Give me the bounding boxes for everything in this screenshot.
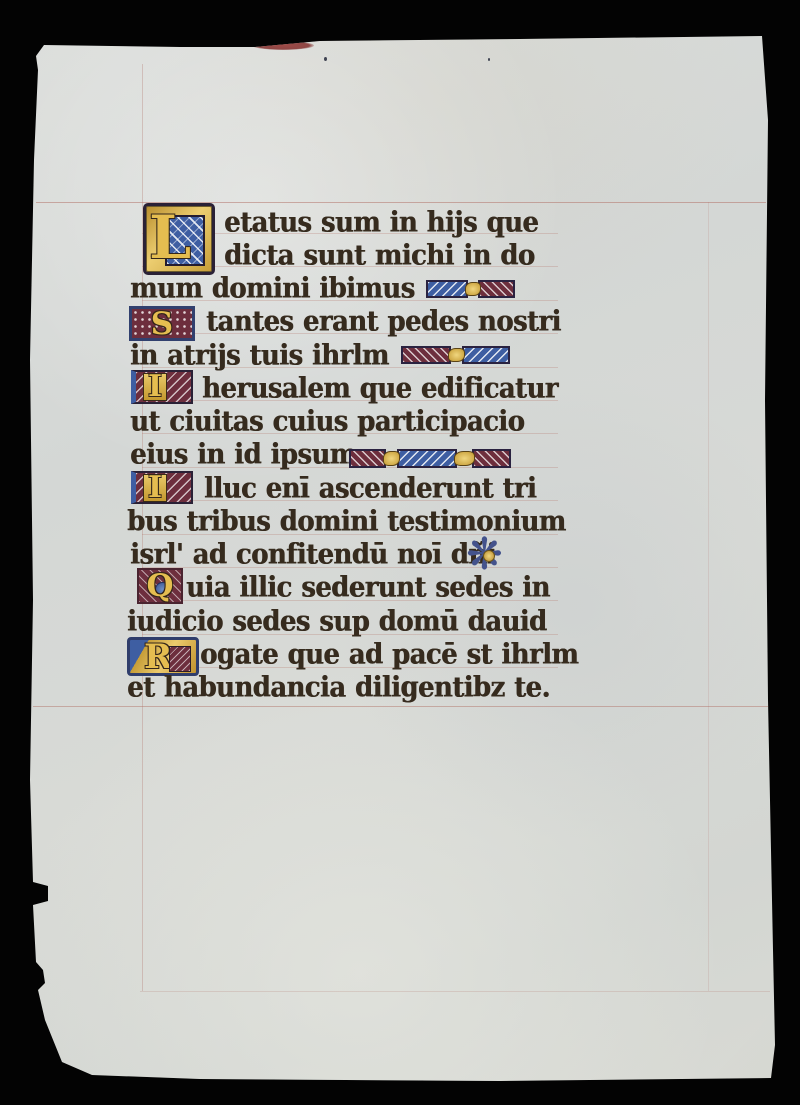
text-line: herusalem que edificatur: [202, 372, 558, 407]
text-line: tantes erant pedes nostri: [206, 305, 561, 340]
text-line: mum domini ibimus: [130, 272, 415, 307]
illuminated-initial-I: I: [131, 370, 193, 404]
text-line: etatus sum in hijs que: [224, 206, 538, 241]
initial-letter: Q: [146, 571, 173, 601]
illuminated-initial-I: I: [131, 471, 193, 504]
filler-segment-blue: [397, 449, 457, 468]
ruling-line: [708, 202, 709, 991]
text-line: eius in id ipsum: [130, 438, 356, 473]
text-line: ut ciuitas cuius participacio: [130, 405, 524, 440]
initial-letter: I: [143, 373, 167, 401]
filler-segment-blue: [426, 280, 468, 298]
parchment-leaf: L S I I Q R etatus sum in hijs que dicta…: [0, 0, 800, 1105]
filler-segment-blue: [462, 346, 510, 364]
filler-segment-maroon: [472, 449, 511, 468]
red-stain: [252, 41, 314, 50]
filler-segment-gold: [454, 451, 475, 466]
ruling-line: [140, 991, 770, 992]
initial-letter: L: [149, 202, 191, 274]
illuminated-initial-Q: Q: [137, 568, 183, 604]
text-line: ogate que ad pacē st ihrlm: [200, 638, 578, 673]
filler-segment-maroon: [478, 280, 515, 298]
illuminated-initial-S: S: [129, 306, 195, 341]
text-line: isrl' ad confitendū noī dñi: [130, 538, 496, 573]
text-line: lluc enī ascenderunt tri: [204, 472, 536, 507]
filigree-panel: [169, 646, 191, 672]
text-line: in atrijs tuis ihrlm: [130, 339, 389, 374]
text-line: iudicio sedes sup domū dauid: [127, 605, 546, 640]
illuminated-initial-L: L: [143, 203, 215, 275]
star-gold-dot-icon: [483, 550, 495, 562]
initial-letter: I: [143, 474, 167, 502]
line-filler: [426, 280, 519, 298]
filler-segment-maroon: [349, 449, 386, 468]
filler-segment-gold: [465, 282, 481, 296]
text-line: dicta sunt michi in do: [224, 239, 535, 274]
line-filler: [349, 449, 521, 468]
text-line: et habundancia diligentibz te.: [127, 671, 550, 706]
star-flourish: ❋: [466, 534, 512, 576]
filler-segment-gold: [383, 451, 400, 466]
filler-segment-gold: [448, 348, 465, 362]
ink-speck: [488, 58, 490, 61]
ruling-line: [33, 706, 770, 707]
filler-segment-maroon: [401, 346, 451, 364]
line-filler: [401, 346, 514, 364]
initial-letter: S: [151, 309, 173, 339]
ink-speck: [324, 57, 327, 61]
